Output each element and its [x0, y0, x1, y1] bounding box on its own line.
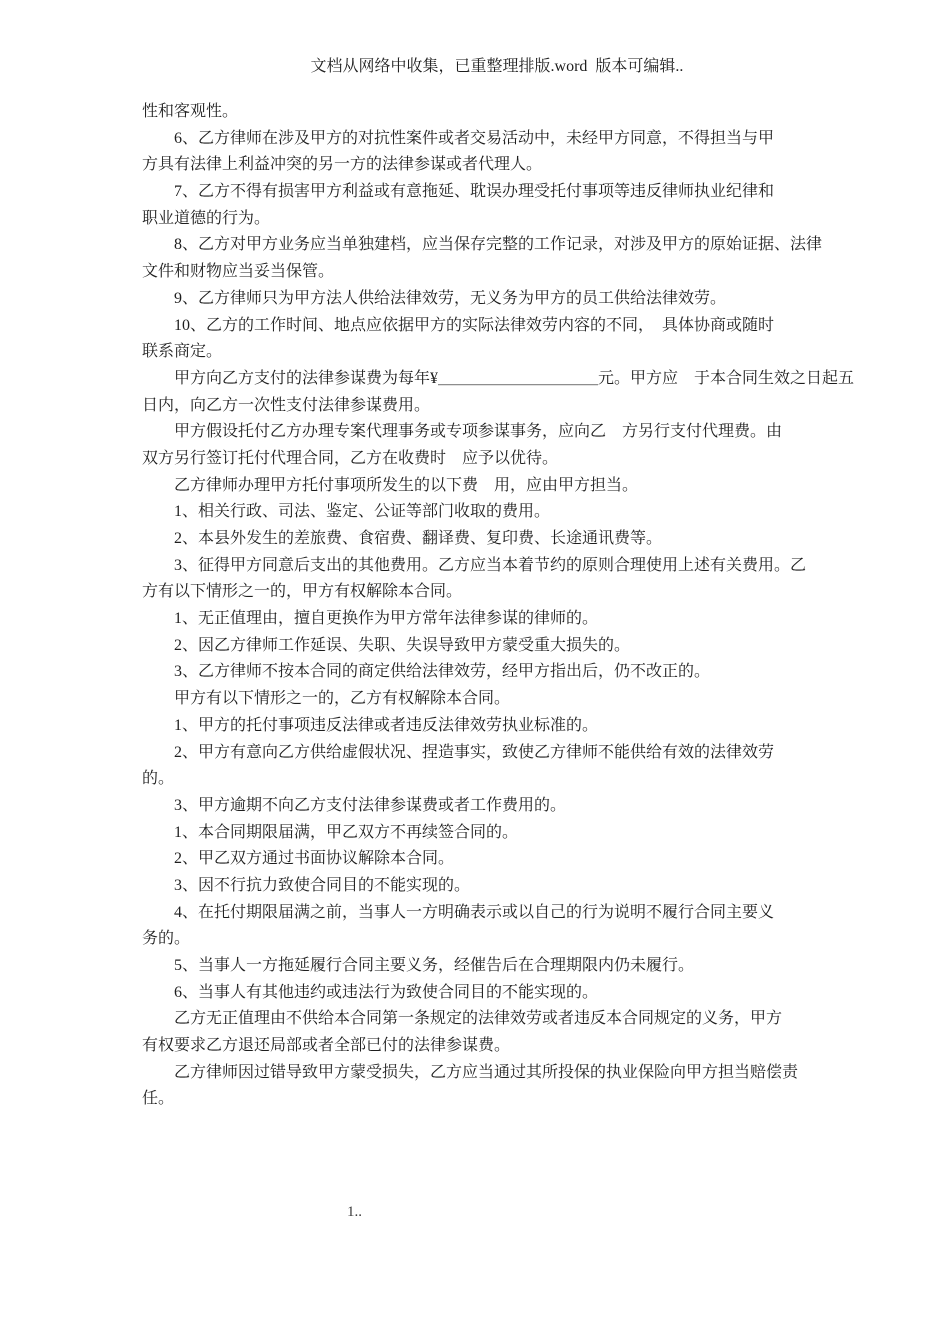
document-line: 日内，向乙方一次性支付法律参谋费用。 [142, 393, 818, 420]
document-line: 的。 [142, 766, 818, 793]
page-number: 1.. [347, 1204, 362, 1221]
header-note: 文档从网络中收集，已重整理排版.word 版本可编辑.. [0, 53, 950, 76]
document-page: 文档从网络中收集，已重整理排版.word 版本可编辑.. 性和客观性。6、乙方律… [0, 0, 950, 1344]
document-line: 3、因不行抗力致使合同目的不能实现的。 [142, 873, 818, 900]
document-line: 3、乙方律师不按本合同的商定供给法律效劳，经甲方指出后，仍不改正的。 [142, 659, 818, 686]
document-line: 3、征得甲方同意后支出的其他费用。乙方应当本着节约的原则合理使用上述有关费用。乙 [142, 553, 818, 580]
document-line: 职业道德的行为。 [142, 206, 818, 233]
document-line: 7、乙方不得有损害甲方利益或有意拖延、耽误办理受托付事项等违反律师执业纪律和 [142, 179, 818, 206]
document-line: 任。 [142, 1086, 818, 1113]
document-line: 1、无正值理由，擅自更换作为甲方常年法律参谋的律师的。 [142, 606, 818, 633]
document-line: 方具有法律上利益冲突的另一方的法律参谋或者代理人。 [142, 152, 818, 179]
document-line: 2、因乙方律师工作延误、失职、失误导致甲方蒙受重大损失的。 [142, 633, 818, 660]
document-line: 6、乙方律师在涉及甲方的对抗性案件或者交易活动中，未经甲方同意，不得担当与甲 [142, 126, 818, 153]
document-body: 性和客观性。6、乙方律师在涉及甲方的对抗性案件或者交易活动中，未经甲方同意，不得… [142, 99, 818, 1113]
document-line: 有权要求乙方退还局部或者全部已付的法律参谋费。 [142, 1033, 818, 1060]
document-line: 务的。 [142, 926, 818, 953]
document-line: 方有以下情形之一的，甲方有权解除本合同。 [142, 579, 818, 606]
document-line: 甲方有以下情形之一的，乙方有权解除本合同。 [142, 686, 818, 713]
document-line: 乙方律师办理甲方托付事项所发生的以下费 用，应由甲方担当。 [142, 473, 818, 500]
document-line: 9、乙方律师只为甲方法人供给法律效劳，无义务为甲方的员工供给法律效劳。 [142, 286, 818, 313]
document-line: 1、相关行政、司法、鉴定、公证等部门收取的费用。 [142, 499, 818, 526]
document-line: 乙方律师因过错导致甲方蒙受损失，乙方应当通过其所投保的执业保险向甲方担当赔偿责 [142, 1060, 818, 1087]
document-line: 8、乙方对甲方业务应当单独建档，应当保存完整的工作记录，对涉及甲方的原始证据、法… [142, 232, 818, 259]
document-line: 6、当事人有其他违约或违法行为致使合同目的不能实现的。 [142, 980, 818, 1007]
document-line: 4、在托付期限届满之前，当事人一方明确表示或以自己的行为说明不履行合同主要义 [142, 900, 818, 927]
document-line: 文件和财物应当妥当保管。 [142, 259, 818, 286]
document-line: 2、本县外发生的差旅费、食宿费、翻译费、复印费、长途通讯费等。 [142, 526, 818, 553]
document-line: 10、乙方的工作时间、地点应依据甲方的实际法律效劳内容的不同， 具体协商或随时 [142, 313, 818, 340]
document-line: 双方另行签订托付代理合同，乙方在收费时 应予以优待。 [142, 446, 818, 473]
document-line: 3、甲方逾期不向乙方支付法律参谋费或者工作费用的。 [142, 793, 818, 820]
document-line: 甲方向乙方支付的法律参谋费为每年¥＿＿＿＿＿＿＿＿＿＿元。甲方应 于本合同生效之… [142, 366, 818, 393]
document-line: 2、甲乙双方通过书面协议解除本合同。 [142, 846, 818, 873]
document-line: 联系商定。 [142, 339, 818, 366]
document-line: 1、甲方的托付事项违反法律或者违反法律效劳执业标准的。 [142, 713, 818, 740]
document-line: 5、当事人一方拖延履行合同主要义务，经催告后在合理期限内仍未履行。 [142, 953, 818, 980]
document-line: 乙方无正值理由不供给本合同第一条规定的法律效劳或者违反本合同规定的义务，甲方 [142, 1006, 818, 1033]
document-line: 2、甲方有意向乙方供给虚假状况、捏造事实，致使乙方律师不能供给有效的法律效劳 [142, 740, 818, 767]
document-line: 1、本合同期限届满，甲乙双方不再续签合同的。 [142, 820, 818, 847]
document-line: 性和客观性。 [142, 99, 818, 126]
document-line: 甲方假设托付乙方办理专案代理事务或专项参谋事务，应向乙 方另行支付代理费。由 [142, 419, 818, 446]
